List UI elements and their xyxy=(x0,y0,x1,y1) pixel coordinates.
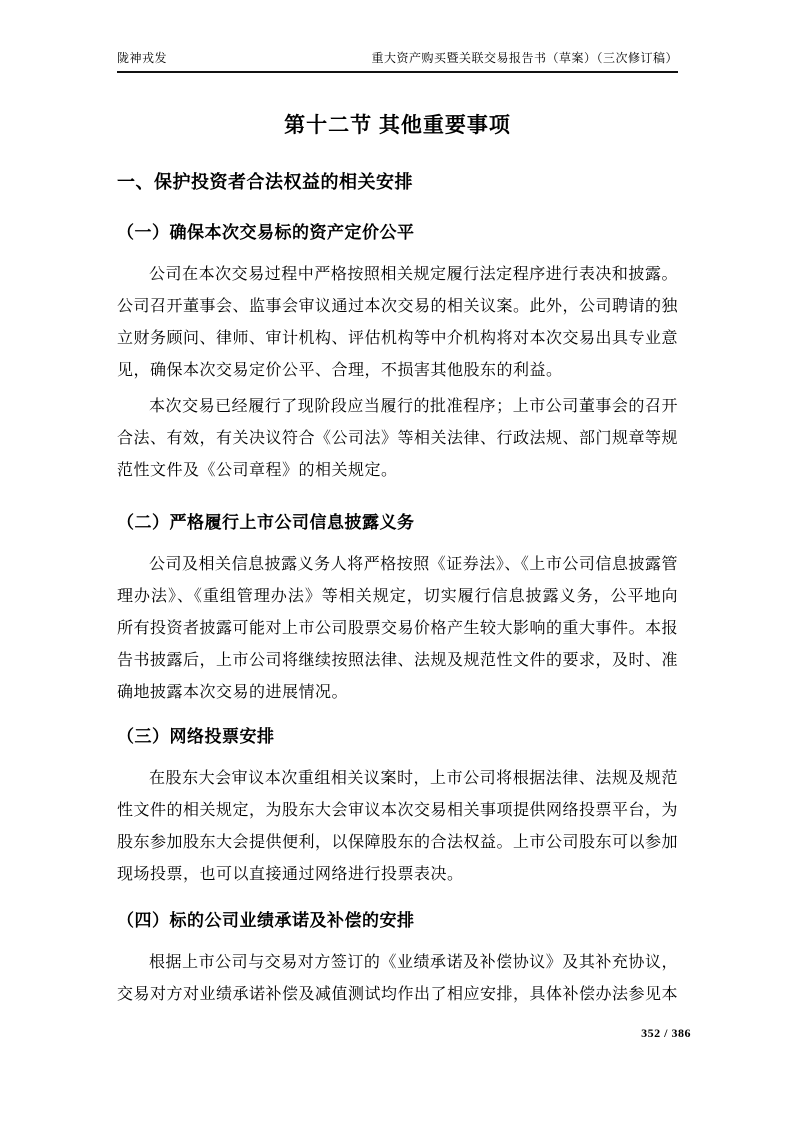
paragraph: 公司及相关信息披露义务人将严格按照《证券法》、《上市公司信息披露管理办法》、《重… xyxy=(117,549,678,709)
header-report-title: 重大资产购买暨关联交易报告书（草案）（三次修订稿） xyxy=(371,50,678,66)
section-heading-1: 一、保护投资者合法权益的相关安排 xyxy=(117,169,678,195)
subsection-heading-2: （二）严格履行上市公司信息披露义务 xyxy=(117,511,678,535)
subsection-heading-3: （三）网络投票安排 xyxy=(117,725,678,749)
subsection-heading-1: （一）确保本次交易标的资产定价公平 xyxy=(117,221,678,245)
running-header: 陇神戎发 重大资产购买暨关联交易报告书（草案）（三次修订稿） xyxy=(117,0,678,73)
chapter-title: 第十二节 其他重要事项 xyxy=(117,111,678,141)
page-content: 陇神戎发 重大资产购买暨关联交易报告书（草案）（三次修订稿） 第十二节 其他重要… xyxy=(0,0,793,1011)
document-page: 陇神戎发 重大资产购买暨关联交易报告书（草案）（三次修订稿） 第十二节 其他重要… xyxy=(0,0,793,1122)
page-number: 352 / 386 xyxy=(641,1026,691,1041)
paragraph: 本次交易已经履行了现阶段应当履行的批准程序；上市公司董事会的召开合法、有效，有关… xyxy=(117,391,678,487)
paragraph: 公司在本次交易过程中严格按照相关规定履行法定程序进行表决和披露。公司召开董事会、… xyxy=(117,259,678,387)
paragraph: 在股东大会审议本次重组相关议案时，上市公司将根据法律、法规及规范性文件的相关规定… xyxy=(117,763,678,891)
paragraph: 根据上市公司与交易对方签订的《业绩承诺及补偿协议》及其补充协议，交易对方对业绩承… xyxy=(117,947,678,1011)
header-company-name: 陇神戎发 xyxy=(117,50,167,66)
subsection-heading-4: （四）标的公司业绩承诺及补偿的安排 xyxy=(117,909,678,933)
